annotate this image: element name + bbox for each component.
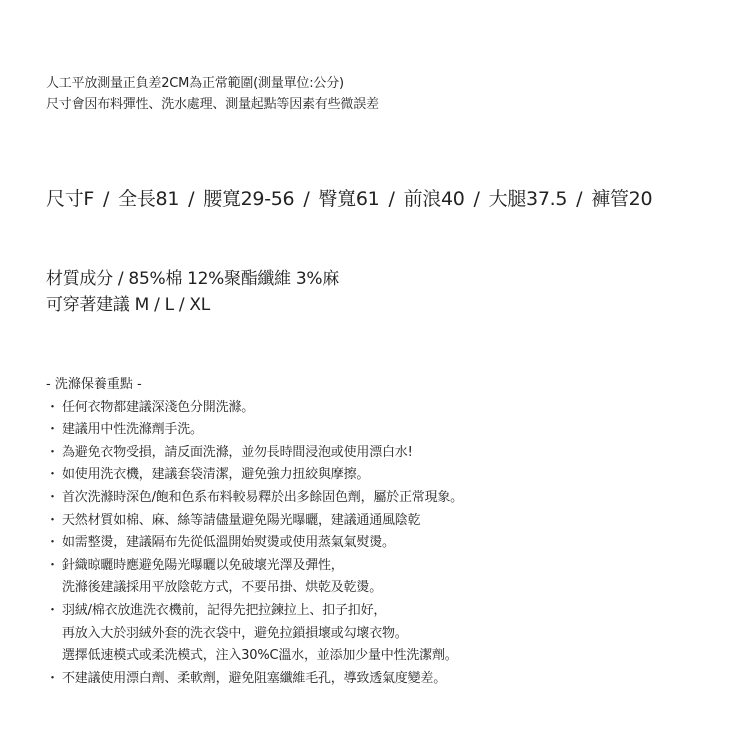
care-item: ・如需整燙，建議隔布先從低溫開始熨燙或使用蒸氣氣熨燙。 bbox=[46, 532, 463, 555]
care-list: ・任何衣物都建議深淺色分開洗滌。・建議用中性洗滌劑手洗。・為避免衣物受損，請反面… bbox=[46, 397, 463, 691]
care-item-text: 再放入大於羽絨外套的洗衣袋中，避免拉鎖損壞或勾壞衣物。 bbox=[62, 626, 408, 641]
care-item: ・首次洗滌時深色/飽和色系布料較易釋於出多餘固色劑，屬於正常現象。 bbox=[46, 487, 463, 510]
care-item-text: 不建議使用漂白劑、柔軟劑，避免阻塞纖維毛孔，導致透氣度變差。 bbox=[62, 671, 446, 686]
care-item-continuation: 洗滌後建議採用平放陰乾方式，不要吊掛、烘乾及乾燙。 bbox=[46, 577, 463, 600]
bullet-icon: ・ bbox=[46, 419, 62, 442]
material-composition: 材質成分 / 85%棉 12%聚酯纖維 3%麻 bbox=[46, 266, 339, 292]
care-item-text: 針織晾曬時應避免陽光曝曬以免破壞光澤及彈性， bbox=[62, 558, 344, 573]
size-spec-leg-opening: 褲管20 bbox=[591, 188, 652, 210]
measurement-tolerance-note: 人工平放測量正負差2CM為正常範圍(測量單位:公分) bbox=[46, 73, 379, 94]
separator: / bbox=[379, 185, 403, 213]
bullet-icon: ・ bbox=[46, 555, 62, 578]
care-item: ・為避免衣物受損，請反面洗滌，並勿長時間浸泡或使用漂白水! bbox=[46, 442, 463, 465]
bullet-icon: ・ bbox=[46, 532, 62, 555]
care-item: ・針織晾曬時應避免陽光曝曬以免破壞光澤及彈性， bbox=[46, 555, 463, 578]
bullet-icon: ・ bbox=[46, 510, 62, 533]
size-spec-front-rise: 前浪40 bbox=[404, 188, 465, 210]
separator: / bbox=[465, 185, 489, 213]
measurement-variance-note: 尺寸會因布料彈性、洗水處理、測量起點等因素有些微誤差 bbox=[46, 94, 379, 115]
care-item-text: 洗滌後建議採用平放陰乾方式，不要吊掛、烘乾及乾燙。 bbox=[62, 580, 382, 595]
care-item: ・不建議使用漂白劑、柔軟劑，避免阻塞纖維毛孔，導致透氣度變差。 bbox=[46, 668, 463, 691]
separator: / bbox=[179, 185, 203, 213]
size-spec-waist: 腰寬29-56 bbox=[203, 188, 294, 210]
recommended-sizes: 可穿著建議 M / L / XL bbox=[46, 292, 339, 318]
separator: / bbox=[294, 185, 318, 213]
separator: / bbox=[94, 185, 118, 213]
bullet-icon: ・ bbox=[46, 397, 62, 420]
care-item-text: 為避免衣物受損，請反面洗滌，並勿長時間浸泡或使用漂白水! bbox=[62, 445, 413, 460]
size-spec-length: 全長81 bbox=[118, 188, 179, 210]
separator: / bbox=[567, 185, 591, 213]
care-item-continuation: 選擇低速模式或柔洗模式，注入30%C溫水，並添加少量中性洗潔劑。 bbox=[46, 645, 463, 668]
bullet-icon: ・ bbox=[46, 464, 62, 487]
care-instructions: - 洗滌保養重點 - ・任何衣物都建議深淺色分開洗滌。・建議用中性洗滌劑手洗。・… bbox=[46, 374, 463, 690]
care-title: - 洗滌保養重點 - bbox=[46, 374, 463, 397]
size-spec-size: 尺寸F bbox=[46, 188, 94, 210]
care-item-text: 首次洗滌時深色/飽和色系布料較易釋於出多餘固色劑，屬於正常現象。 bbox=[62, 490, 463, 505]
care-item: ・建議用中性洗滌劑手洗。 bbox=[46, 419, 463, 442]
bullet-icon: ・ bbox=[46, 487, 62, 510]
bullet-icon: ・ bbox=[46, 668, 62, 691]
care-item-continuation: 再放入大於羽絨外套的洗衣袋中，避免拉鎖損壞或勾壞衣物。 bbox=[46, 623, 463, 646]
bullet-icon: ・ bbox=[46, 600, 62, 623]
bullet-icon: ・ bbox=[46, 442, 62, 465]
measurement-notes: 人工平放測量正負差2CM為正常範圍(測量單位:公分) 尺寸會因布料彈性、洗水處理… bbox=[46, 73, 379, 115]
size-spec-hip: 臀寬61 bbox=[318, 188, 379, 210]
care-item-text: 羽絨/棉衣放進洗衣機前，記得先把拉鍊拉上、扣子扣好， bbox=[62, 603, 386, 618]
size-spec: 尺寸F/全長81/腰寬29-56/臀寬61/前浪40/大腿37.5/褲管20 bbox=[46, 185, 652, 213]
care-item-text: 建議用中性洗滌劑手洗。 bbox=[62, 422, 203, 437]
care-item: ・任何衣物都建議深淺色分開洗滌。 bbox=[46, 397, 463, 420]
care-item-text: 選擇低速模式或柔洗模式，注入30%C溫水，並添加少量中性洗潔劑。 bbox=[62, 648, 458, 663]
care-item-text: 如需整燙，建議隔布先從低溫開始熨燙或使用蒸氣氣熨燙。 bbox=[62, 535, 395, 550]
care-item-text: 任何衣物都建議深淺色分開洗滌。 bbox=[62, 400, 254, 415]
care-item: ・如使用洗衣機，建議套袋清潔，避免強力扭絞與摩擦。 bbox=[46, 464, 463, 487]
care-item: ・羽絨/棉衣放進洗衣機前，記得先把拉鍊拉上、扣子扣好， bbox=[46, 600, 463, 623]
material-info: 材質成分 / 85%棉 12%聚酯纖維 3%麻 可穿著建議 M / L / XL bbox=[46, 266, 339, 318]
care-item: ・天然材質如棉、麻、絲等請儘量避免陽光曝曬，建議通通風陰乾 bbox=[46, 510, 463, 533]
care-item-text: 如使用洗衣機，建議套袋清潔，避免強力扭絞與摩擦。 bbox=[62, 467, 369, 482]
size-spec-thigh: 大腿37.5 bbox=[489, 188, 568, 210]
care-item-text: 天然材質如棉、麻、絲等請儘量避免陽光曝曬，建議通通風陰乾 bbox=[62, 513, 420, 528]
